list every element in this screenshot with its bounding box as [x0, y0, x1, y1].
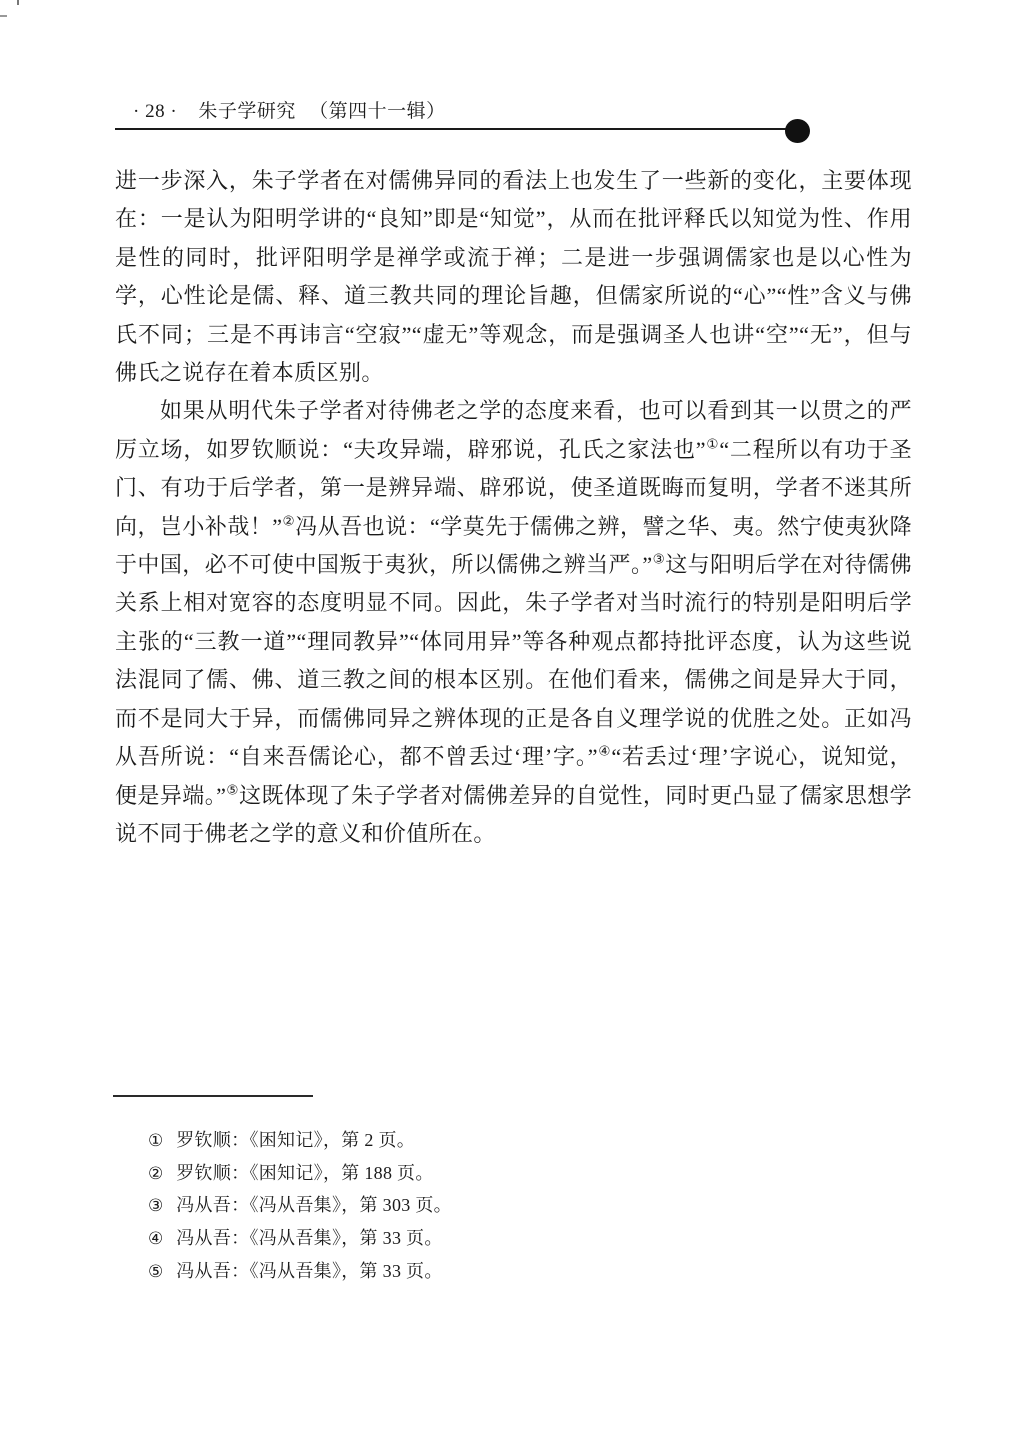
footnote-ref: ① [706, 437, 719, 452]
header-dot-ornament [785, 119, 810, 143]
book-title: 朱子学研究 [198, 101, 296, 122]
crop-mark-horizontal [0, 15, 7, 17]
footnote-ref: ② [282, 513, 295, 528]
footnote-item: ④ 冯从吾：《冯从吾集》，第 33 页。 [148, 1224, 452, 1257]
footnote-text: 冯从吾：《冯从吾集》，第 303 页。 [176, 1191, 452, 1217]
paragraph-2: 如果从明代朱子学者对待佛老之学的态度来看，也可以看到其一以贯之的严厉立场，如罗钦… [115, 392, 912, 853]
footnote-item: ⑤ 冯从吾：《冯从吾集》，第 33 页。 [148, 1257, 452, 1290]
footnote-item: ① 罗钦顺：《困知记》，第 2 页。 [148, 1126, 452, 1159]
footnote-item: ② 罗钦顺：《困知记》，第 188 页。 [148, 1159, 452, 1192]
footnote-marker: ④ [148, 1229, 163, 1249]
footnote-marker: ② [148, 1164, 163, 1184]
crop-mark-vertical [17, 0, 19, 5]
footnote-list: ① 罗钦顺：《困知记》，第 2 页。 ② 罗钦顺：《困知记》，第 188 页。 … [148, 1126, 452, 1289]
paragraph-1: 进一步深入，朱子学者在对儒佛异同的看法上也发生了一些新的变化，主要体现在：一是认… [115, 162, 912, 392]
volume-label: （第四十一辑） [309, 101, 446, 122]
footnote-text: 冯从吾：《冯从吾集》，第 33 页。 [176, 1257, 442, 1283]
footnote-ref: ⑤ [226, 782, 239, 797]
page-number: · 28 · [133, 101, 177, 122]
footnote-ref: ④ [598, 744, 612, 759]
running-header-text: · 28 · 朱子学研究 （第四十一辑） [133, 100, 446, 124]
footnote-marker: ⑤ [148, 1262, 163, 1282]
header-rule [115, 128, 789, 130]
footnote-text: 冯从吾：《冯从吾集》，第 33 页。 [176, 1224, 442, 1250]
footnote-text: 罗钦顺：《困知记》，第 188 页。 [176, 1159, 433, 1185]
footnote-separator [113, 1095, 313, 1097]
footnote-marker: ① [148, 1131, 163, 1151]
footnote-text: 罗钦顺：《困知记》，第 2 页。 [176, 1126, 415, 1152]
footnote-ref: ③ [653, 552, 666, 567]
document-page: · 28 · 朱子学研究 （第四十一辑） 进一步深入，朱子学者在对儒佛异同的看法… [0, 0, 1024, 1431]
footnote-item: ③ 冯从吾：《冯从吾集》，第 303 页。 [148, 1191, 452, 1224]
footnote-marker: ③ [148, 1196, 163, 1216]
body-text: 进一步深入，朱子学者在对儒佛异同的看法上也发生了一些新的变化，主要体现在：一是认… [115, 162, 912, 853]
